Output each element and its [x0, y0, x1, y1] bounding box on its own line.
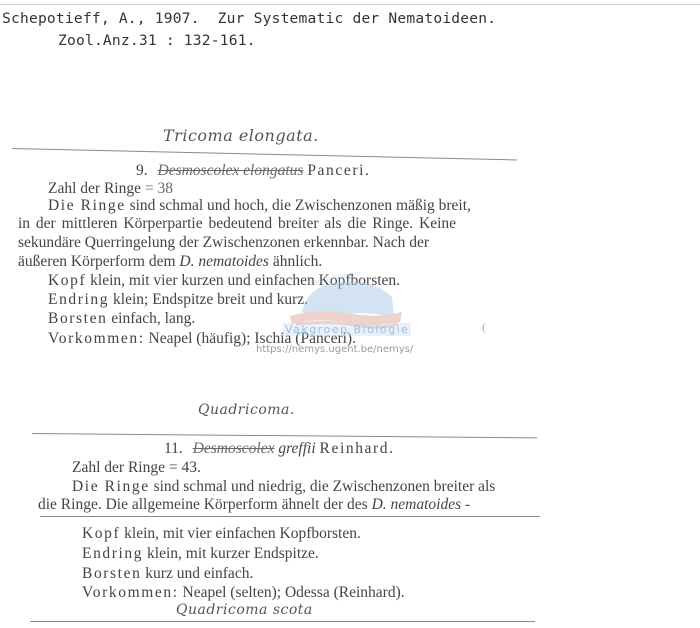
description-line-2: die Ringe. Die allgemeine Körperform ähn…: [38, 496, 470, 514]
struck-genus-name: Desmoscolex elongatus: [158, 162, 304, 179]
entry-number: 11.: [164, 440, 183, 457]
setae-description: Borsten einfach, lang.: [48, 310, 195, 328]
entry-11-heading: 11. Desmoscolex greffii Reinhard.: [164, 440, 395, 458]
description-line-4: äußeren Körperform dem D. nematoides ähn…: [18, 253, 322, 271]
entry-11-mid-rule: [40, 516, 540, 517]
scanned-page: Schepotieff, A., 1907. Zur Systematic de…: [0, 0, 700, 628]
scan-speck: (: [482, 320, 486, 335]
description-line-3: sekundäre Querringelung der Zwischenzone…: [18, 234, 429, 252]
entry-9-top-rule: [12, 148, 517, 160]
handwritten-annotation-tricoma: Tricoma elongata.: [163, 126, 319, 145]
struck-genus-name: Desmoscolex: [193, 440, 275, 457]
entry-9-heading: 9. Desmoscolex elongatus Panceri.: [136, 162, 370, 180]
watermark-url: https://nemys.ugent.be/nemys/: [256, 344, 413, 355]
description-line-1: Die Ringe sind schmal und hoch, die Zwis…: [48, 197, 471, 215]
endring-description: Endring klein, mit kurzer Endspitze.: [82, 545, 319, 563]
head-description: Kopf klein, mit vier einfachen Kopfborst…: [82, 525, 361, 543]
authority: Reinhard.: [320, 440, 395, 457]
entry-11-top-rule: [32, 433, 537, 438]
handwritten-annotation-footer: Quadricoma scota: [176, 602, 313, 618]
watermark-text: Vakgroep Biologie: [283, 323, 411, 336]
citation-line-2: Zool.Anz.31 : 132-161.: [58, 32, 256, 49]
handwritten-annotation-quadricoma: Quadricoma.: [198, 402, 295, 418]
citation-line-1: Schepotieff, A., 1907. Zur Systematic de…: [2, 10, 496, 27]
bottom-rule: [30, 621, 535, 622]
endring-description: Endring klein; Endspitze breit und kurz.: [48, 291, 308, 309]
ring-count: Zahl der Ringe = 38: [48, 180, 173, 198]
species-name: greffii: [278, 440, 315, 457]
description-line-2: in der mittleren Körperpartie bedeutend …: [18, 215, 456, 233]
occurrence-description: Vorkommen: Neapel (selten); Odessa (Rein…: [82, 584, 405, 602]
setae-description: Borsten kurz und einfach.: [82, 565, 253, 583]
top-rule: [0, 4, 700, 5]
description-line-1: Die Ringe sind schmal und niedrig, die Z…: [72, 478, 495, 496]
ring-count: Zahl der Ringe = 43.: [72, 459, 201, 477]
entry-number: 9.: [136, 162, 148, 179]
authority: Panceri.: [307, 162, 370, 179]
